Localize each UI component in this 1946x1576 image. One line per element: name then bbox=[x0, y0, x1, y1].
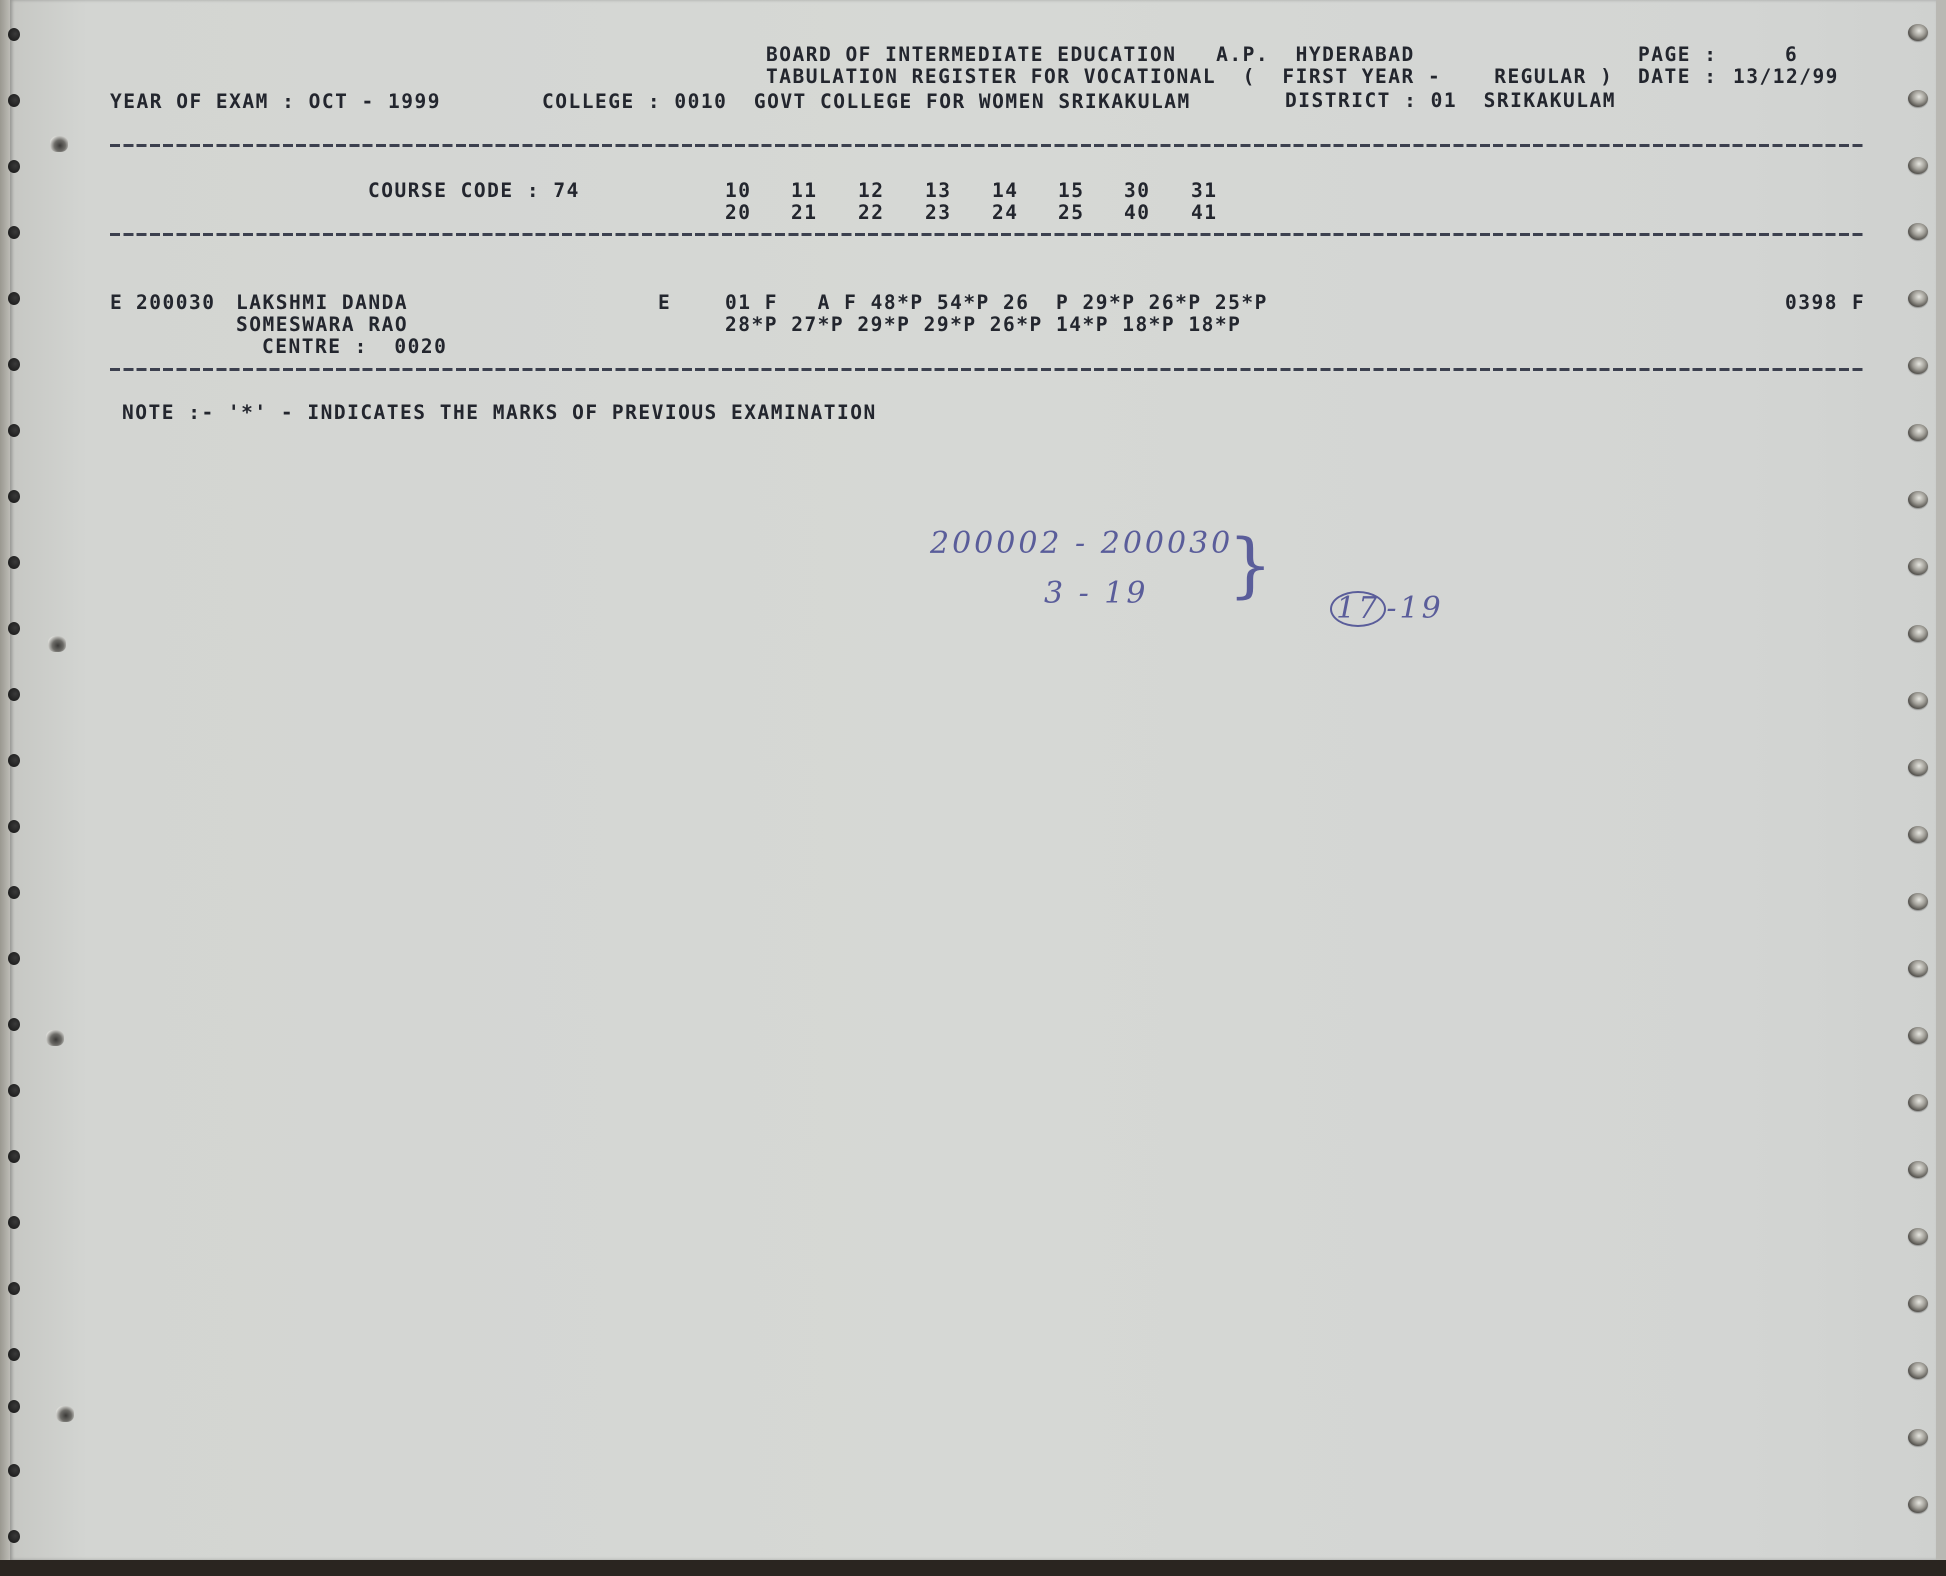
subject-code: 12 bbox=[858, 180, 884, 202]
subject-code: 41 bbox=[1191, 202, 1217, 224]
subject-code: 24 bbox=[992, 202, 1018, 224]
binding-hole-icon bbox=[8, 952, 20, 965]
result-status: F bbox=[1852, 292, 1865, 314]
hall-ticket-number: 200030 bbox=[136, 292, 215, 314]
tractor-hole-icon bbox=[1908, 424, 1928, 441]
binding-hole-icon bbox=[8, 688, 20, 701]
binding-hole-icon bbox=[8, 1464, 20, 1477]
tractor-hole-icon bbox=[1908, 759, 1928, 776]
subject-code: 23 bbox=[925, 202, 951, 224]
binding-hole-icon bbox=[8, 754, 20, 767]
tractor-hole-icon bbox=[1908, 290, 1928, 307]
student-name: LAKSHMI DANDA bbox=[236, 292, 408, 314]
record-prefix: E bbox=[110, 292, 123, 314]
binding-hole-icon bbox=[8, 1400, 20, 1413]
handwritten-circled-group: 17-19 bbox=[1280, 556, 1444, 662]
subject-code: 15 bbox=[1058, 180, 1084, 202]
tractor-hole-icon bbox=[1908, 826, 1928, 843]
binding-hole-icon bbox=[8, 1530, 20, 1543]
register-title: TABULATION REGISTER FOR VOCATIONAL ( FIR… bbox=[766, 66, 1613, 88]
brace-mark-icon: } bbox=[1228, 530, 1273, 600]
tractor-hole-icon bbox=[1908, 1362, 1928, 1379]
handwritten-count: 3 - 19 bbox=[1044, 576, 1148, 611]
punch-mark-icon bbox=[56, 1406, 74, 1422]
marks-row-2: 28*P 27*P 29*P 29*P 26*P 14*P 18*P 18*P bbox=[725, 314, 1241, 336]
handwritten-circled-number: 17 bbox=[1330, 591, 1386, 627]
course-code: COURSE CODE : 74 bbox=[368, 180, 580, 202]
board-title: BOARD OF INTERMEDIATE EDUCATION A.P. HYD… bbox=[766, 44, 1415, 66]
tractor-hole-icon bbox=[1908, 1429, 1928, 1446]
marks-row-1: 01 F A F 48*P 54*P 26 P 29*P 26*P 25*P bbox=[725, 292, 1268, 314]
binding-hole-icon bbox=[8, 28, 20, 41]
binding-hole-icon bbox=[8, 886, 20, 899]
binding-hole-icon bbox=[8, 820, 20, 833]
tractor-hole-icon bbox=[1908, 357, 1928, 374]
tractor-hole-icon bbox=[1908, 960, 1928, 977]
tractor-hole-icon bbox=[1908, 90, 1928, 107]
tractor-hole-icon bbox=[1908, 1496, 1928, 1513]
dashed-separator bbox=[110, 233, 1865, 236]
district-info: DISTRICT : 01 SRIKAKULAM bbox=[1285, 90, 1616, 112]
subject-code: 10 bbox=[725, 180, 751, 202]
binding-hole-icon bbox=[8, 160, 20, 173]
tractor-hole-icon bbox=[1908, 491, 1928, 508]
tractor-hole-icon bbox=[1908, 223, 1928, 240]
footnote: NOTE :- '*' - INDICATES THE MARKS OF PRE… bbox=[122, 402, 877, 424]
handwritten-range: 200002 - 200030 bbox=[930, 526, 1233, 561]
subject-code: 14 bbox=[992, 180, 1018, 202]
subject-code: 21 bbox=[791, 202, 817, 224]
binding-hole-icon bbox=[8, 1084, 20, 1097]
tractor-hole-icon bbox=[1908, 1161, 1928, 1178]
subject-code: 40 bbox=[1124, 202, 1150, 224]
binding-hole-icon bbox=[8, 1282, 20, 1295]
parent-name: SOMESWARA RAO bbox=[236, 314, 408, 336]
binding-hole-icon bbox=[8, 1216, 20, 1229]
year-of-exam: YEAR OF EXAM : OCT - 1999 bbox=[110, 91, 441, 113]
total-marks: 0398 bbox=[1785, 292, 1838, 314]
subject-code: 30 bbox=[1124, 180, 1150, 202]
punch-mark-icon bbox=[50, 136, 68, 152]
punch-mark-icon bbox=[46, 1030, 64, 1046]
page-label: PAGE : bbox=[1638, 44, 1717, 66]
subject-code: 13 bbox=[925, 180, 951, 202]
binding-hole-icon bbox=[8, 424, 20, 437]
tractor-hole-icon bbox=[1908, 24, 1928, 41]
date-label: DATE : bbox=[1638, 66, 1717, 88]
tractor-hole-icon bbox=[1908, 1295, 1928, 1312]
tractor-hole-icon bbox=[1908, 558, 1928, 575]
dashed-separator bbox=[110, 368, 1865, 371]
binding-hole-icon bbox=[8, 358, 20, 371]
punch-mark-icon bbox=[48, 636, 66, 652]
tractor-hole-icon bbox=[1908, 893, 1928, 910]
date-value: 13/12/99 bbox=[1733, 66, 1839, 88]
tractor-hole-icon bbox=[1908, 157, 1928, 174]
college-info: COLLEGE : 0010 GOVT COLLEGE FOR WOMEN SR… bbox=[542, 91, 1191, 113]
binding-hole-icon bbox=[8, 94, 20, 107]
tractor-hole-icon bbox=[1908, 625, 1928, 642]
centre-code: CENTRE : 0020 bbox=[262, 336, 447, 358]
subject-code: 31 bbox=[1191, 180, 1217, 202]
subject-code: 20 bbox=[725, 202, 751, 224]
tractor-hole-icon bbox=[1908, 1228, 1928, 1245]
binding-hole-icon bbox=[8, 490, 20, 503]
medium: E bbox=[658, 292, 671, 314]
subject-code: 22 bbox=[858, 202, 884, 224]
binding-hole-icon bbox=[8, 622, 20, 635]
tractor-hole-icon bbox=[1908, 1094, 1928, 1111]
dashed-separator bbox=[110, 144, 1865, 147]
subject-code: 11 bbox=[791, 180, 817, 202]
handwritten-suffix: -19 bbox=[1386, 591, 1443, 626]
binding-hole-icon bbox=[8, 292, 20, 305]
tractor-hole-icon bbox=[1908, 1027, 1928, 1044]
binding-hole-icon bbox=[8, 1150, 20, 1163]
binding-hole-icon bbox=[8, 556, 20, 569]
binding-hole-icon bbox=[8, 1018, 20, 1031]
subject-code: 25 bbox=[1058, 202, 1084, 224]
binding-hole-icon bbox=[8, 226, 20, 239]
sheet-bottom-edge bbox=[0, 1560, 1946, 1576]
binding-hole-icon bbox=[8, 1348, 20, 1361]
page-number: 6 bbox=[1785, 44, 1798, 66]
tractor-hole-icon bbox=[1908, 692, 1928, 709]
